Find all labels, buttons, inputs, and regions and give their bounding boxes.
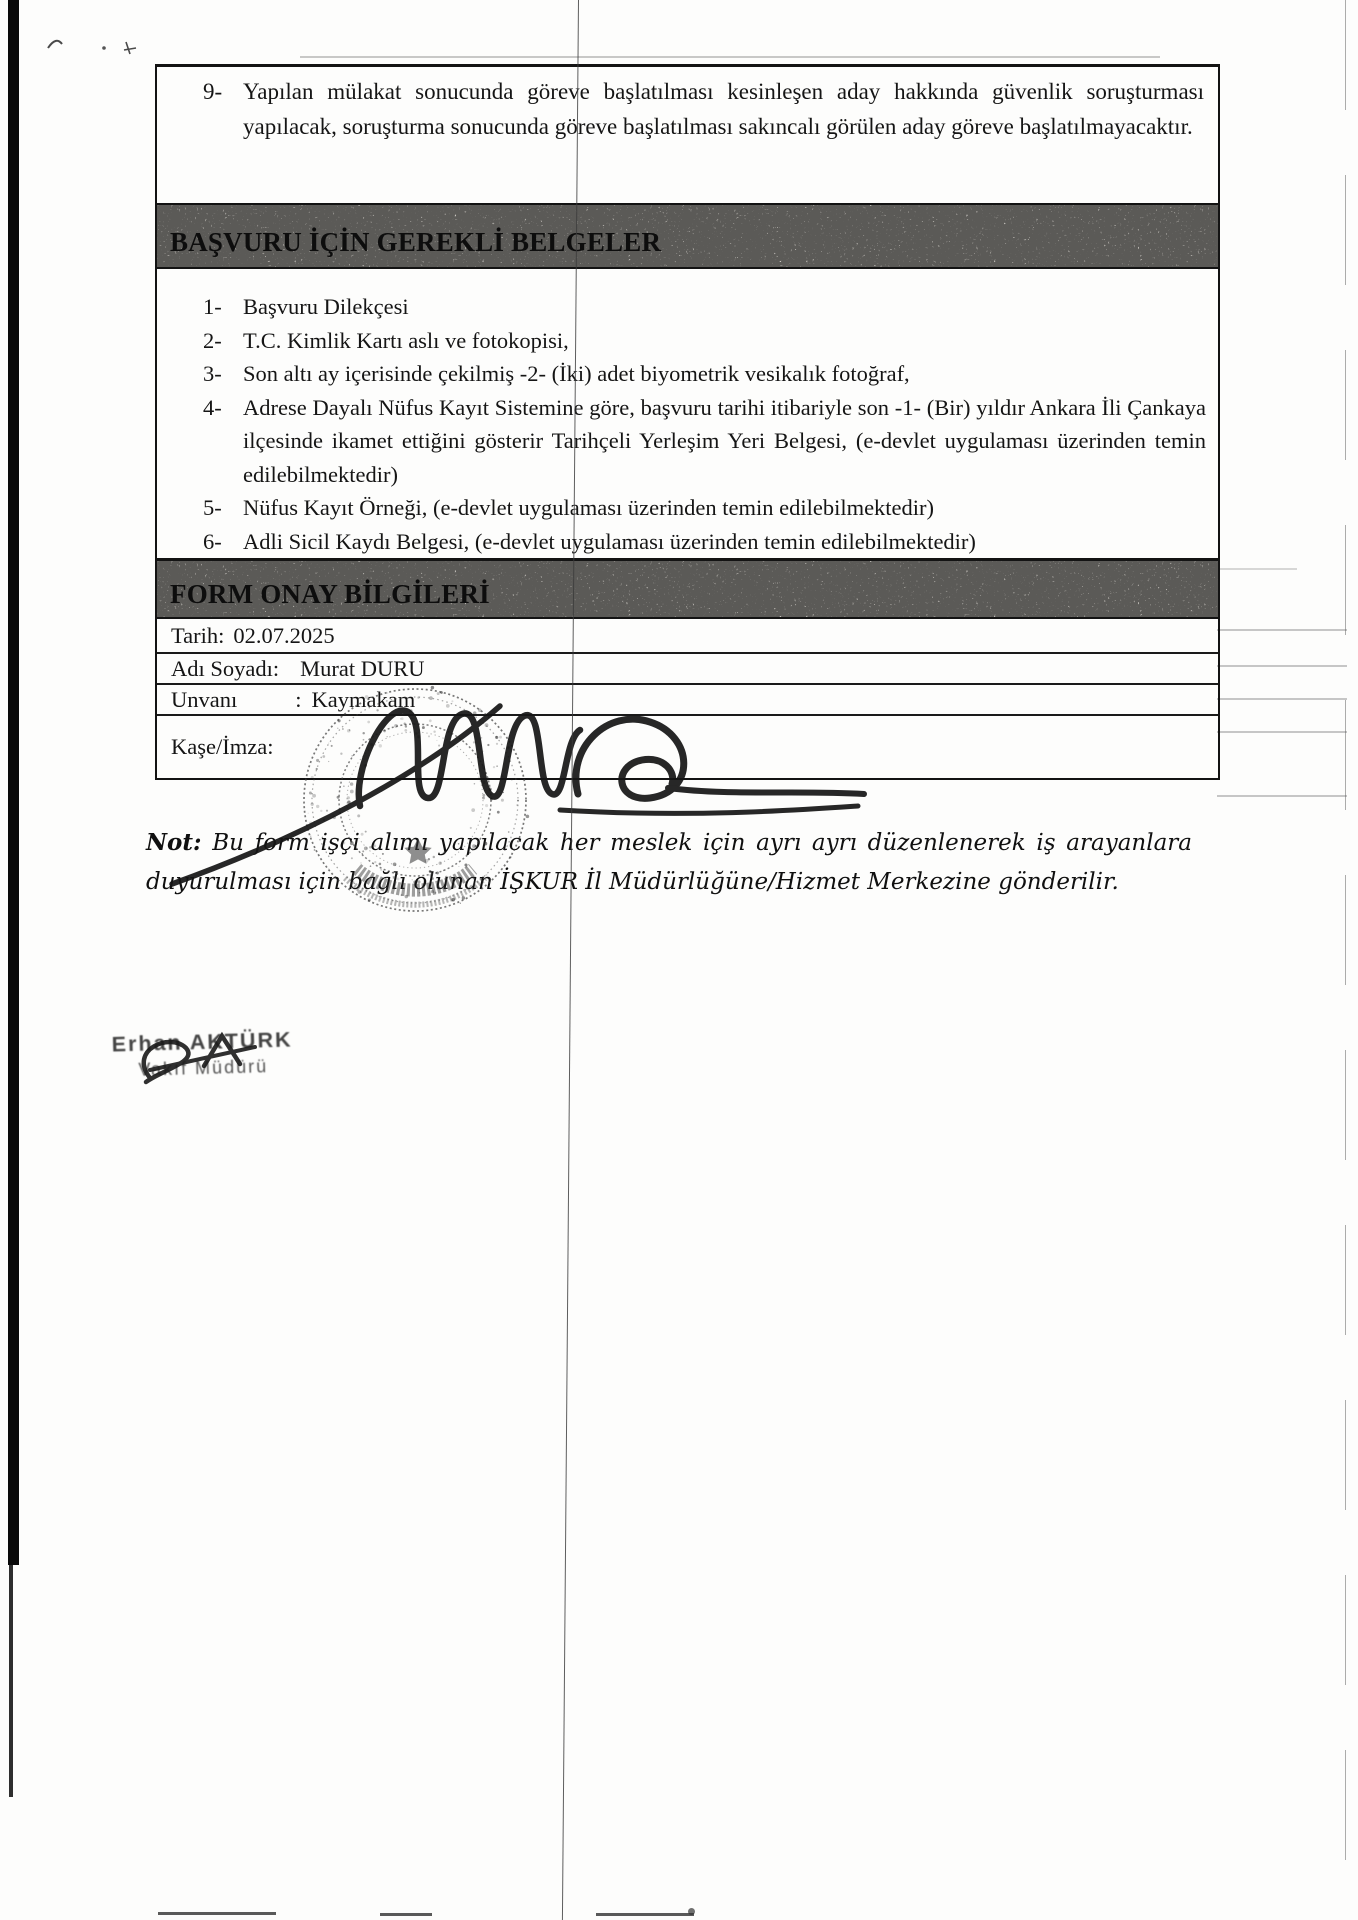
ghost-line [1217, 568, 1297, 570]
doc-item: 4- Adrese Dayalı Nüfus Kayıt Sistemine g… [157, 391, 1218, 492]
adi-soyadi-label: Adı Soyadı: [171, 656, 279, 682]
required-docs-header: BAŞVURU İÇİN GEREKLİ BELGELER [157, 205, 1218, 256]
approval-row-unvani: Unvanı : Kaymakam [157, 685, 1218, 716]
doc-item: 1- Başvuru Dilekçesi [157, 290, 1218, 324]
doc-item-number: 6- [203, 525, 222, 559]
doc-item: 6- Adli Sicil Kaydı Belgesi, (e-devlet u… [157, 525, 1218, 559]
unvani-label: Unvanı [171, 687, 237, 713]
clause-9: 9- Yapılan mülakat sonucunda göreve başl… [157, 67, 1218, 144]
approval-header: FORM ONAY BİLGİLERİ [157, 561, 1218, 608]
bottom-edge-mark [158, 1912, 276, 1915]
left-scan-edge-bar-lower [9, 1565, 13, 1797]
ghost-line [1217, 795, 1347, 797]
ghost-line [1217, 698, 1347, 700]
signer-name: Erhan AKTÜRK [111, 1027, 293, 1057]
tarih-label: Tarih: [171, 623, 224, 649]
doc-item-number: 5- [203, 491, 222, 525]
footer-note: Not: Bu form işçi alımı yapılacak her me… [146, 824, 1192, 901]
doc-item-number: 2- [203, 324, 222, 358]
unvani-value: Kaymakam [312, 687, 416, 713]
ghost-line [1217, 665, 1347, 667]
doc-item-text: T.C. Kimlik Kartı aslı ve fotokopisi, [243, 328, 569, 353]
note-text: Bu form işçi alımı yapılacak her meslek … [146, 830, 1192, 895]
unvani-colon: : [295, 687, 301, 713]
ghost-line [1217, 731, 1347, 733]
doc-item-number: 1- [203, 290, 222, 324]
scanned-form-page: 9- Yapılan mülakat sonucunda göreve başl… [0, 0, 1358, 1920]
doc-item-text: Adrese Dayalı Nüfus Kayıt Sistemine göre… [243, 395, 1206, 487]
required-docs-list: 1- Başvuru Dilekçesi 2- T.C. Kimlik Kart… [157, 269, 1218, 561]
note-label: Not: [146, 829, 201, 856]
ghost-line [1217, 629, 1347, 631]
doc-item-number: 4- [203, 391, 222, 425]
doc-item: 5- Nüfus Kayıt Örneği, (e-devlet uygulam… [157, 491, 1218, 525]
form-table: 9- Yapılan mülakat sonucunda göreve başl… [155, 64, 1220, 780]
bottom-edge-speck [688, 1908, 695, 1915]
approval-row-tarih: Tarih: 02.07.2025 [157, 619, 1218, 654]
tarih-value: 02.07.2025 [233, 623, 334, 649]
adi-soyadi-value: Murat DURU [300, 656, 424, 682]
top-specks [48, 41, 136, 54]
doc-item: 2- T.C. Kimlik Kartı aslı ve fotokopisi, [157, 324, 1218, 358]
signer-title: Vakıf Müdürü [138, 1055, 293, 1080]
doc-item-text: Son altı ay içerisinde çekilmiş -2- (İki… [243, 361, 910, 386]
signer-stamp-block: Erhan AKTÜRK Vakıf Müdürü [111, 1027, 293, 1081]
clause-9-number: 9- [203, 75, 222, 110]
doc-item-number: 3- [203, 357, 222, 391]
clause-9-text: Yapılan mülakat sonucunda göreve başlatı… [243, 79, 1204, 139]
bottom-edge-mark [380, 1913, 432, 1916]
doc-item-text: Adli Sicil Kaydı Belgesi, (e-devlet uygu… [243, 529, 976, 554]
doc-item-text: Nüfus Kayıt Örneği, (e-devlet uygulaması… [243, 495, 934, 520]
approval-row-kase-imza: Kaşe/İmza: [157, 716, 1218, 778]
left-scan-edge-bar [8, 0, 19, 1565]
required-docs-header-band: BAŞVURU İÇİN GEREKLİ BELGELER [157, 205, 1218, 269]
kase-imza-label: Kaşe/İmza: [171, 734, 273, 760]
doc-item: 3- Son altı ay içerisinde çekilmiş -2- (… [157, 357, 1218, 391]
approval-header-band: FORM ONAY BİLGİLERİ [157, 561, 1218, 619]
bottom-edge-mark [596, 1913, 694, 1916]
approval-row-adi-soyadi: Adı Soyadı: Murat DURU [157, 654, 1218, 685]
top-border-smudge [300, 56, 1160, 58]
clause-9-box: 9- Yapılan mülakat sonucunda göreve başl… [157, 67, 1218, 205]
right-scan-line [1345, 0, 1346, 1920]
doc-item-text: Başvuru Dilekçesi [243, 294, 409, 319]
